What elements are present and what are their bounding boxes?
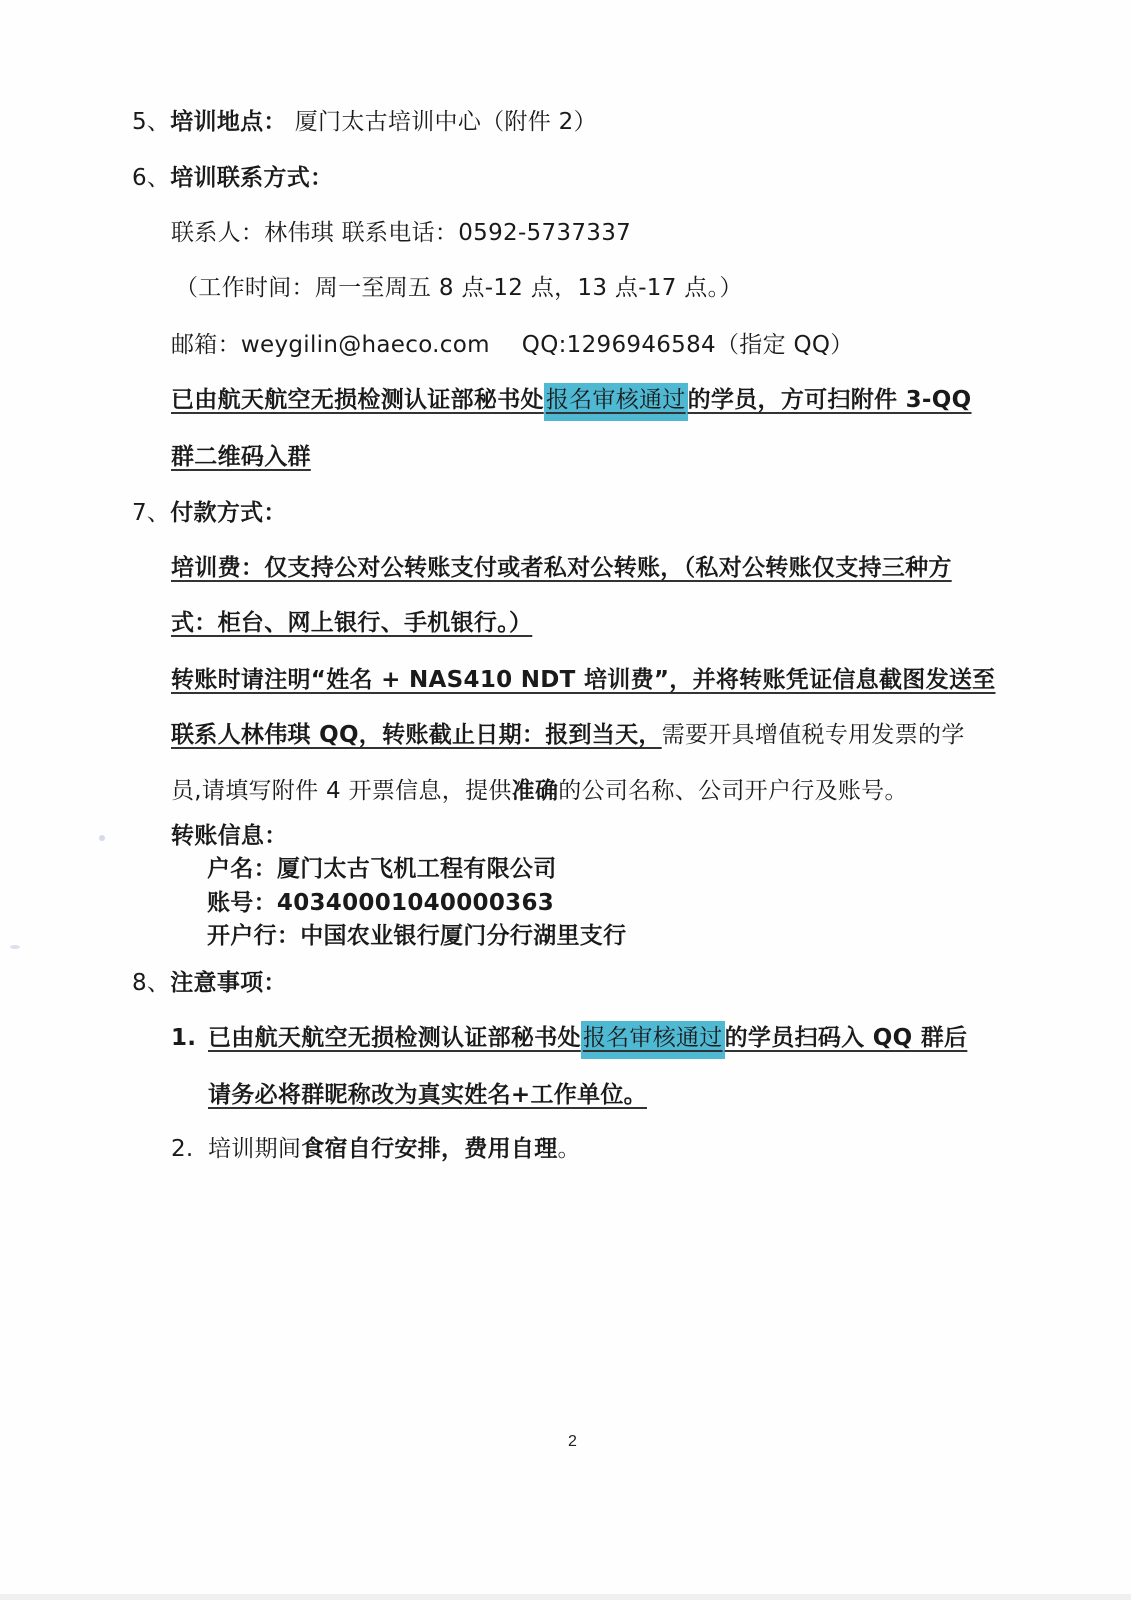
transfer-note-line-2: 联系人林伟琪 QQ，转账截止日期：报到当天，需要开具增值税专用发票的学 xyxy=(171,720,965,750)
fee-line-2: 式：柜台、网上银行、手机银行。） xyxy=(171,608,532,638)
notice-item-1-number: 1. xyxy=(171,1023,208,1053)
document-page: 5、培训地点：厦门太古培训中心（附件 2） 6、培训联系方式： 联系人：林伟琪 … xyxy=(0,0,1131,1600)
transfer-deadline: 联系人林伟琪 QQ，转账截止日期：报到当天， xyxy=(171,722,662,748)
invoice-note: 需要开具增值税专用发票的学 xyxy=(662,722,965,748)
scan-speck xyxy=(99,835,105,841)
notice-item-2-emphasis: 食宿自行安排，费用自理 xyxy=(301,1136,557,1162)
section-8-number: 8、 xyxy=(132,970,170,996)
qq-group-notice-line-1: 已由航天航空无损检测认证部秘书处报名审核通过的学员，方可扫附件 3-QQ xyxy=(171,385,972,415)
section-6-heading: 6、培训联系方式： xyxy=(132,163,333,193)
section-7-number: 7、 xyxy=(132,500,170,526)
section-7-heading: 7、付款方式： xyxy=(132,498,287,528)
notice-item-1-text-cont: 的学员扫码入 QQ 群后 xyxy=(725,1025,968,1051)
notice-item-2: 2.培训期间食宿自行安排，费用自理。 xyxy=(171,1134,581,1164)
bank-info-title: 转账信息： xyxy=(171,821,288,851)
highlight-registration-approved: 报名审核通过 xyxy=(544,383,688,421)
invoice-note-b: 的公司名称、公司开户行及账号。 xyxy=(558,778,908,804)
qq-group-notice-line-2: 群二维码入群 xyxy=(171,442,311,472)
scan-speck xyxy=(10,945,20,949)
transfer-note-line-1: 转账时请注明“姓名 + NAS410 NDT 培训费”，并将转账凭证信息截图发送… xyxy=(171,665,996,695)
highlight-registration-approved-2: 报名审核通过 xyxy=(581,1021,725,1059)
page-number: 2 xyxy=(568,1433,577,1451)
page-bottom-edge xyxy=(0,1594,1131,1600)
notice-item-2-number: 2. xyxy=(171,1134,208,1164)
notice-item-1-line-2: 请务必将群昵称改为真实姓名+工作单位。 xyxy=(208,1080,647,1110)
notice-item-2-text-b: 。 xyxy=(558,1136,581,1162)
section-5-training-location: 5、培训地点：厦门太古培训中心（附件 2） xyxy=(132,107,597,137)
section-8-heading: 8、注意事项： xyxy=(132,968,287,998)
qq-number: QQ:1296946584（指定 QQ） xyxy=(522,332,854,358)
section-5-title: 培训地点： xyxy=(170,109,287,135)
email-qq-line: 邮箱：weygilin@haeco.comQQ:1296946584（指定 QQ… xyxy=(171,330,854,360)
section-6-title: 培训联系方式： xyxy=(170,165,333,191)
account-name: 户名：厦门太古飞机工程有限公司 xyxy=(207,854,557,884)
notice-text: 已由航天航空无损检测认证部秘书处 xyxy=(171,387,544,413)
notice-text-cont: 的学员，方可扫附件 3-QQ xyxy=(688,387,972,413)
section-5-value: 厦门太古培训中心（附件 2） xyxy=(295,109,597,135)
account-number: 账号：40340001040000363 xyxy=(207,888,554,918)
section-7-title: 付款方式： xyxy=(170,500,287,526)
transfer-note-line-3: 员,请填写附件 4 开票信息，提供准确的公司名称、公司开户行及账号。 xyxy=(171,776,908,806)
bank-branch: 开户行：中国农业银行厦门分行湖里支行 xyxy=(207,921,626,951)
notice-item-1: 1.已由航天航空无损检测认证部秘书处报名审核通过的学员扫码入 QQ 群后 xyxy=(171,1023,967,1053)
notice-item-2-text-a: 培训期间 xyxy=(208,1136,301,1162)
contact-line: 联系人：林伟琪 联系电话：0592-5737337 xyxy=(171,218,631,248)
email-address[interactable]: weygilin@haeco.com xyxy=(241,332,490,358)
working-hours-line: （工作时间：周一至周五 8 点-12 点，13 点-17 点。） xyxy=(175,273,743,303)
invoice-note-a: 员,请填写附件 4 开票信息，提供 xyxy=(171,778,512,804)
fee-line-1: 培训费：仅支持公对公转账支付或者私对公转账，（私对公转账仅支持三种方 xyxy=(171,553,952,583)
section-5-number: 5、 xyxy=(132,109,170,135)
invoice-note-emphasis: 准确 xyxy=(512,778,559,804)
section-6-number: 6、 xyxy=(132,165,170,191)
section-8-title: 注意事项： xyxy=(170,970,287,996)
email-label: 邮箱： xyxy=(171,332,241,358)
notice-item-1-text: 已由航天航空无损检测认证部秘书处 xyxy=(208,1025,581,1051)
